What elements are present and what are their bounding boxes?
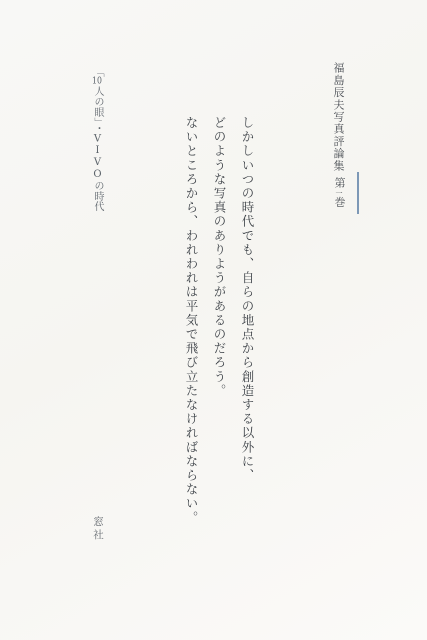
series-title: 福島辰夫写真評論集 — [331, 62, 346, 172]
subtitle-tail: の時代 — [92, 181, 103, 212]
subtitle-open-bracket: 「 — [92, 67, 103, 77]
publisher-name: 窓社 — [91, 516, 105, 542]
volume-number: 一 — [335, 190, 343, 197]
volume-suffix: 巻 — [333, 197, 346, 210]
subtitle-latin-vivo: VIVO — [92, 133, 103, 180]
volume-prefix: 第 — [333, 177, 346, 190]
quote-block: しかしいつの時代でも、自らの地点から創造する以外に、 どのような写真のありようが… — [177, 116, 261, 536]
subtitle: 「10人の眼」・VIVOの時代 — [90, 67, 104, 212]
quote-line-3: ないところから、われわれは平気で飛び立たなければならない。 — [177, 116, 205, 536]
subtitle-middle: 人の眼」・ — [92, 86, 103, 133]
quote-line-1: しかしいつの時代でも、自らの地点から創造する以外に、 — [233, 116, 261, 536]
quote-line-2: どのような写真のありようがあるのだろう。 — [205, 116, 233, 536]
accent-line — [357, 172, 359, 214]
book-cover: 福島辰夫写真評論集 第一巻 「10人の眼」・VIVOの時代 しかしいつの時代でも… — [0, 0, 427, 640]
volume-label: 第一巻 — [331, 177, 347, 209]
